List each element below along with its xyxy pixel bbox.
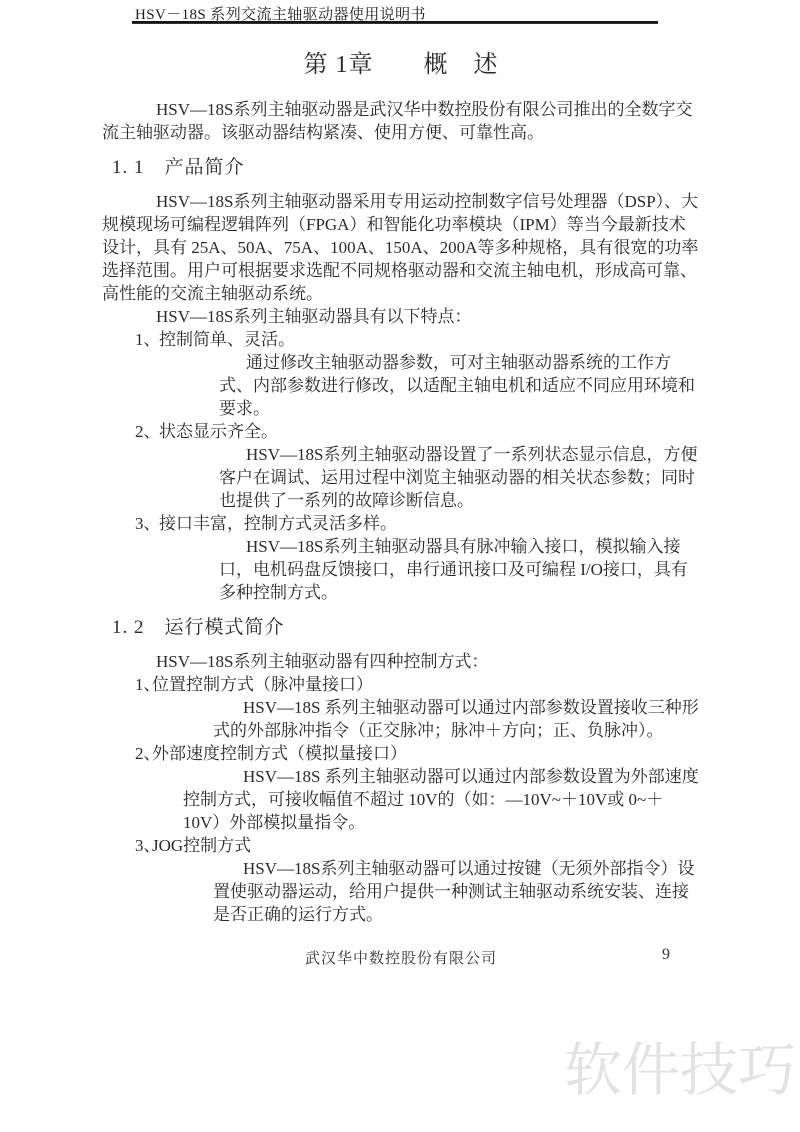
section-1-1-features-intro: HSV—18S系列主轴驱动器具有以下特点：	[102, 305, 700, 328]
feature-3-number: 3、	[135, 512, 159, 535]
section-1-2-heading: 1. 2 运行模式简介	[112, 616, 700, 640]
feature-item-1: 1、控制简单、灵活。 通过修改主轴驱动器参数，可对主轴驱动器系统的工作方式、内部…	[102, 328, 700, 420]
feature-2-detail: HSV—18S系列主轴驱动器设置了一系列状态显示信息，方便客户在调试、运用过程中…	[219, 443, 700, 512]
feature-2-title: 状态显示齐全。	[159, 422, 278, 441]
page-number: 9	[662, 946, 670, 964]
section-1-2-intro: HSV—18S系列主轴驱动器有四种控制方式：	[102, 650, 700, 673]
section-1-1-heading: 1. 1 产品简介	[112, 156, 700, 180]
mode-3-detail: HSV—18S系列主轴驱动器可以通过按键（无须外部指令）设置使驱动器运动，给用户…	[213, 857, 700, 926]
mode-3-title: JOG控制方式	[152, 836, 251, 855]
header-divider-rule	[132, 21, 658, 24]
feature-3-title: 接口丰富，控制方式灵活多样。	[159, 514, 397, 533]
mode-item-2: 2、外部速度控制方式（模拟量接口） HSV—18S 系列主轴驱动器可以通过内部参…	[102, 742, 700, 834]
mode-3-number: 3、	[135, 834, 152, 857]
mode-item-1: 1、位置控制方式（脉冲量接口） HSV—18S 系列主轴驱动器可以通过内部参数设…	[102, 673, 700, 742]
mode-2-title: 外部速度控制方式（模拟量接口）	[152, 744, 407, 763]
mode-item-3: 3、JOG控制方式 HSV—18S系列主轴驱动器可以通过按键（无须外部指令）设置…	[102, 834, 700, 926]
mode-2-number: 2、	[135, 742, 152, 765]
chapter-title: 第 1章 概 述	[102, 50, 700, 80]
feature-item-3: 3、接口丰富，控制方式灵活多样。 HSV—18S系列主轴驱动器具有脉冲输入接口，…	[102, 512, 700, 604]
mode-1-number: 1、	[135, 673, 152, 696]
page-body: 第 1章 概 述 HSV—18S系列主轴驱动器是武汉华中数控股份有限公司推出的全…	[102, 50, 700, 926]
feature-1-title: 控制简单、灵活。	[159, 330, 295, 349]
section-product-intro: 1. 1 产品简介 HSV—18S系列主轴驱动器采用专用运动控制数字信号处理器（…	[102, 156, 700, 604]
feature-1-detail: 通过修改主轴驱动器参数，可对主轴驱动器系统的工作方式、内部参数进行修改，以适配主…	[219, 351, 700, 420]
mode-2-detail: HSV—18S 系列主轴驱动器可以通过内部参数设置为外部速度控制方式，可接收幅值…	[183, 765, 700, 834]
mode-1-title: 位置控制方式（脉冲量接口）	[152, 675, 373, 694]
feature-3-detail: HSV—18S系列主轴驱动器具有脉冲输入接口，模拟输入接口，电机码盘反馈接口，串…	[219, 535, 700, 604]
watermark-text: 软件技巧	[564, 1035, 796, 1105]
feature-2-number: 2、	[135, 420, 159, 443]
feature-item-2: 2、状态显示齐全。 HSV—18S系列主轴驱动器设置了一系列状态显示信息，方便客…	[102, 420, 700, 512]
section-1-1-paragraph-dsp: HSV—18S系列主轴驱动器采用专用运动控制数字信号处理器（DSP）、大规模现场…	[102, 190, 700, 305]
section-run-modes: 1. 2 运行模式简介 HSV—18S系列主轴驱动器有四种控制方式： 1、位置控…	[102, 616, 700, 926]
feature-1-number: 1、	[135, 328, 159, 351]
document-page: HSV－18S 系列交流主轴驱动器使用说明书 第 1章 概 述 HSV—18S系…	[0, 0, 800, 1132]
footer-company-name: 武汉华中数控股份有限公司	[102, 947, 700, 968]
intro-paragraph: HSV—18S系列主轴驱动器是武汉华中数控股份有限公司推出的全数字交流主轴驱动器…	[102, 98, 700, 144]
mode-1-detail: HSV—18S 系列主轴驱动器可以通过内部参数设置接收三种形式的外部脉冲指令（正…	[213, 696, 700, 742]
